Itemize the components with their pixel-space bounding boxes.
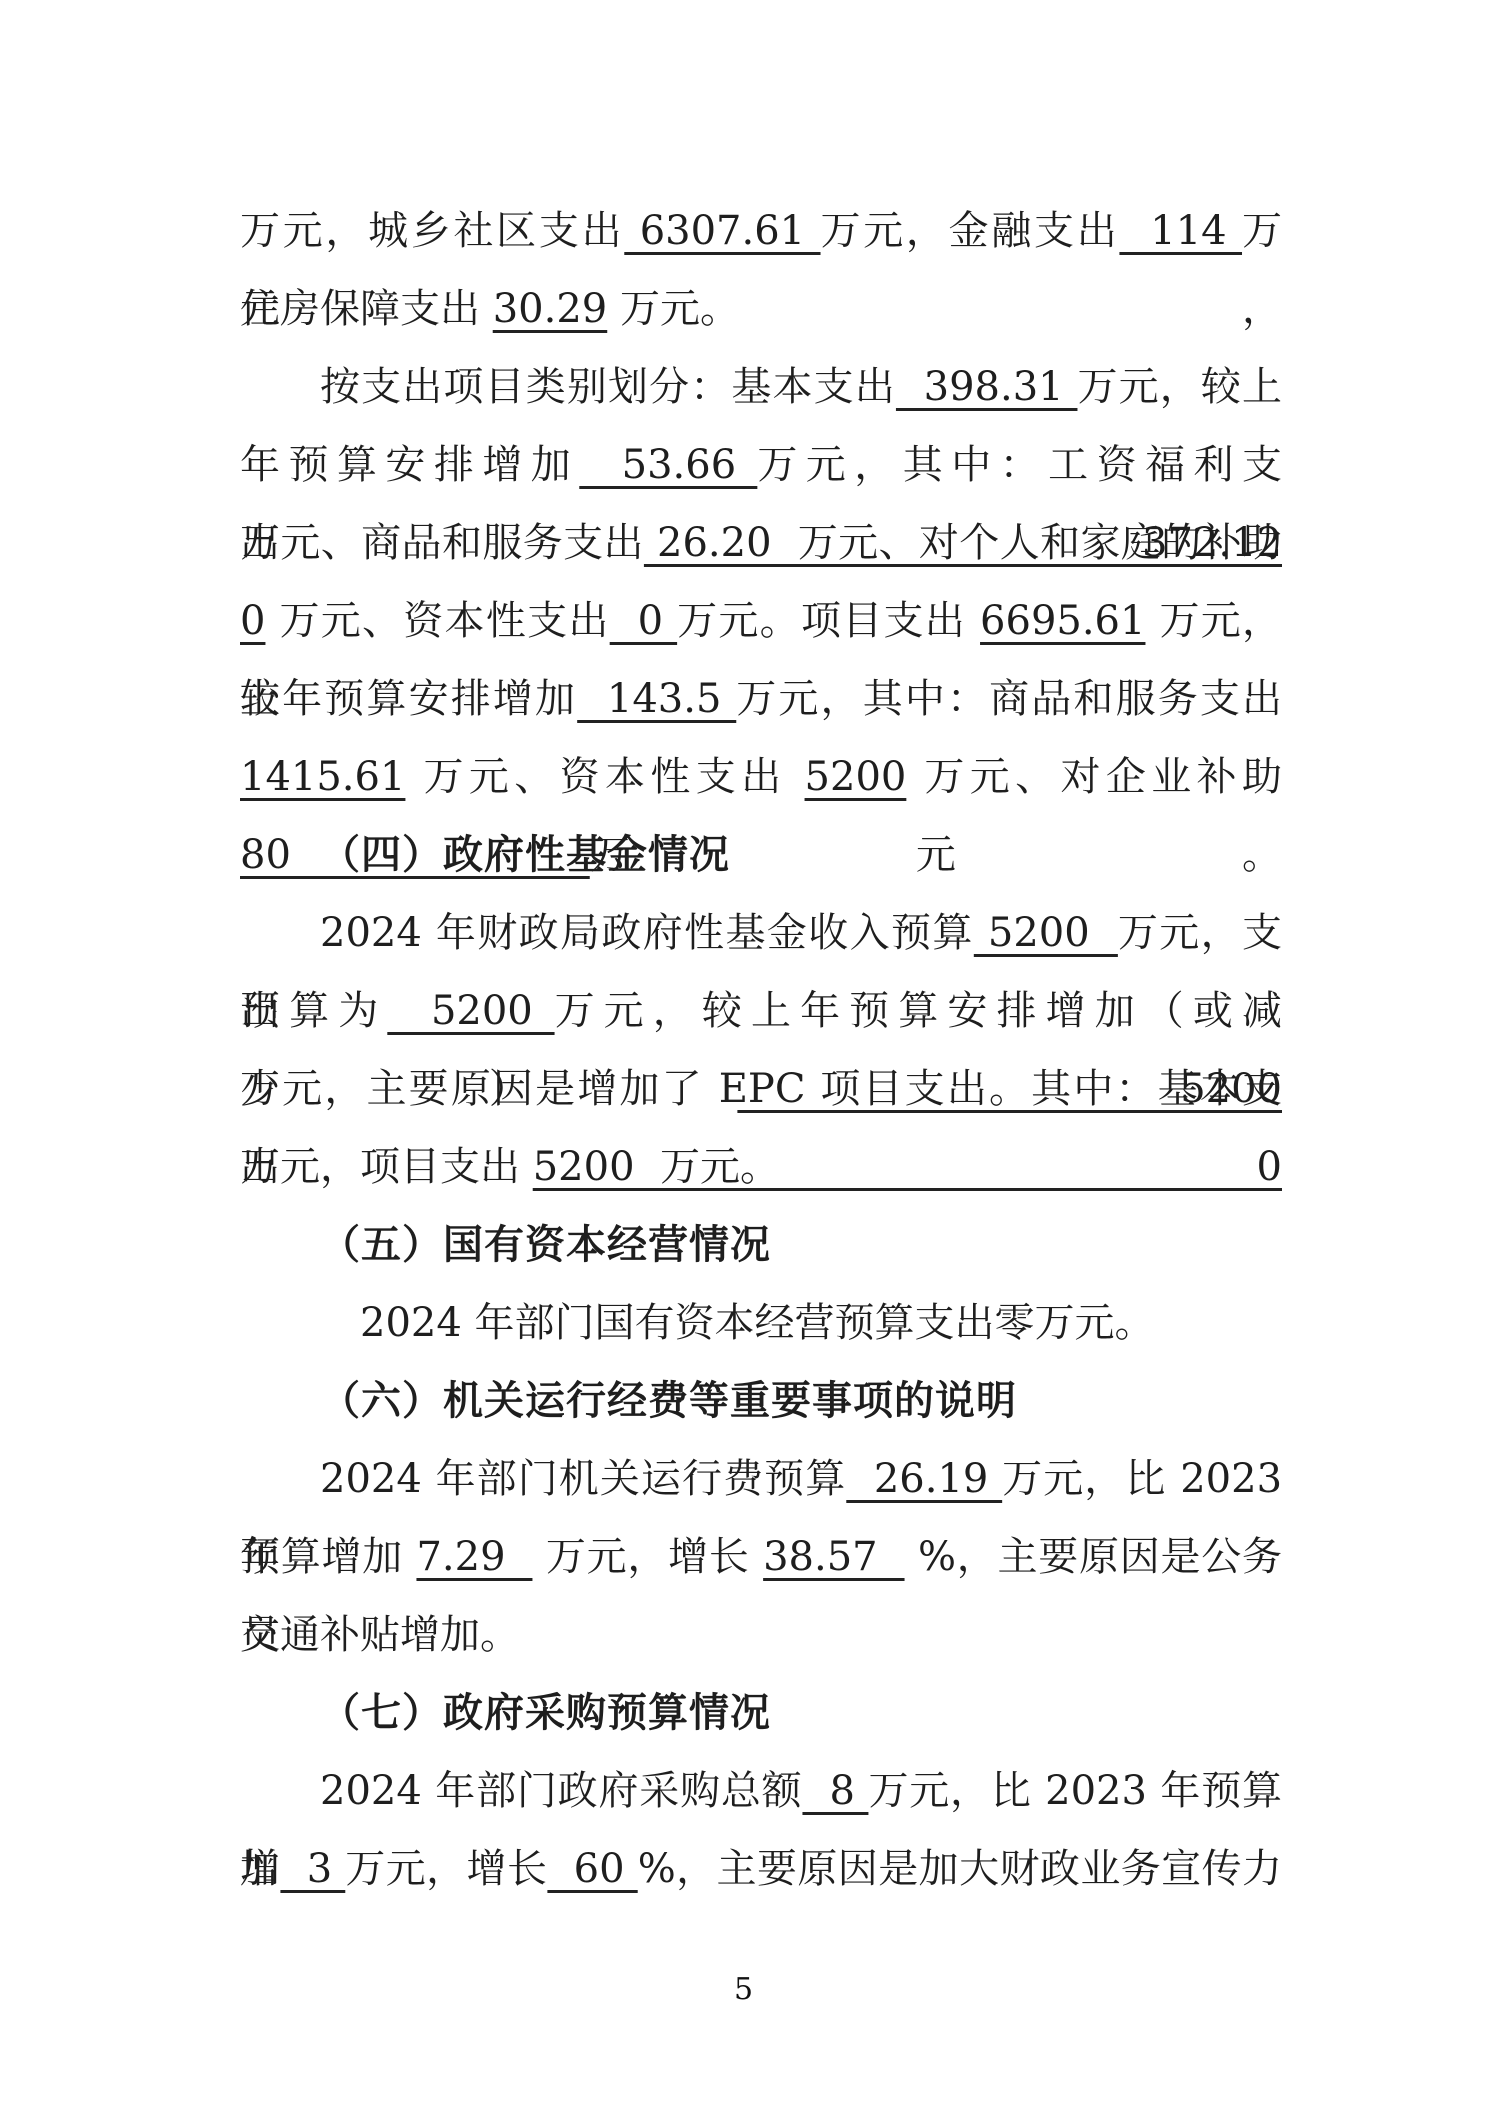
text-line: 万元、商品和服务支出 26.20 万元、对个人和家庭的补助 [240,504,1282,582]
text-line: 2024 年部门机关运行费预算 26.19 万元，比 2023 年 [240,1440,1282,1518]
text-segment: （五）国有资本经营情况 [320,1221,771,1268]
text-segment: 万元、资本性支出 [265,598,609,644]
text-segment: 万元。 [607,286,740,332]
text-segment: %，主要原因是加大财政业务宣传力 [638,1846,1282,1892]
underlined-value: 1415.61 [240,754,405,800]
text-segment: 万元，项目支出 [240,1144,533,1190]
text-segment: （七）政府采购预算情况 [320,1689,771,1736]
text-segment: 2024 年部门机关运行费预算 [320,1456,846,1502]
text-segment: 万元，增长 [532,1534,763,1580]
document-body: 万元，城乡社区支出 6307.61 万元，金融支出 114 万元，住房保障支出 … [240,192,1282,1908]
text-segment: 2024 年财政局政府性基金收入预算 [320,910,974,956]
text-line: 2024 年部门政府采购总额 8 万元，比 2023 年预算增 [240,1752,1282,1830]
text-segment: 2024 年部门政府采购总额 [320,1768,802,1814]
underlined-value: 5200 [805,754,907,800]
text-line: 0 万元、资本性支出 0 万元。项目支出 6695.61 万元，较 [240,582,1282,660]
underlined-value: 7.29 [416,1534,532,1580]
underlined-value: 38.57 [763,1534,904,1580]
text-segment: 万元，城乡社区支出 [240,208,624,254]
section-heading: （五）国有资本经营情况 [240,1206,1282,1284]
underlined-value: 0 [610,598,677,644]
scanned-budget-document-page: 万元，城乡社区支出 6307.61 万元，金融支出 114 万元，住房保障支出 … [0,0,1487,2102]
text-line: 预算为 5200 万元，较上年预算安排增加（或减少） 5200 [240,972,1282,1050]
underlined-value: 26.19 [846,1456,1002,1502]
text-segment: 万元。 [647,1144,780,1190]
underlined-value: 60 [547,1846,637,1892]
text-segment: （六）机关运行经费等重要事项的说明 [320,1377,1017,1424]
text-segment: 万元，金融支出 [821,208,1120,254]
underlined-value: 398.31 [896,364,1078,410]
text-segment: 万元，较上 [1077,364,1282,410]
underlined-value: 53.66 [579,442,757,488]
underlined-value: 6695.61 [980,598,1145,644]
text-segment: 万元、商品和服务支出 [240,520,644,566]
text-line: 按支出项目类别划分：基本支出 398.31 万元，较上 [240,348,1282,426]
underlined-value: 5200 [387,988,554,1034]
text-segment: 万元、对个人和家庭的补助 [798,520,1282,566]
underlined-value: 6307.61 [624,208,820,254]
text-line: 万元，主要原因是增加了 EPC 项目支出。其中：基本支出 0 [240,1050,1282,1128]
text-line: 预算增加 7.29 万元，增长 38.57 %，主要原因是公务员 [240,1518,1282,1596]
text-segment: 万元，增长 [345,1846,547,1892]
text-segment: 预算为 [240,988,387,1034]
underlined-value: 3 [280,1846,345,1892]
text-line: 万元，城乡社区支出 6307.61 万元，金融支出 114 万元， [240,192,1282,270]
underlined-value: 5200 [533,1144,648,1190]
page-number: 5 [0,1972,1487,2007]
text-segment: 住房保障支出 [240,286,493,332]
text-line: 加 3 万元，增长 60 %，主要原因是加大财政业务宣传力 [240,1830,1282,1908]
underlined-value: 5200 [974,910,1118,956]
text-segment: 上年预算安排增加 [240,676,577,722]
text-segment: 交通补贴增加。 [240,1612,520,1658]
text-line: 交通补贴增加。 [240,1596,1282,1674]
section-heading: （六）机关运行经费等重要事项的说明 [240,1362,1282,1440]
text-segment: 万元、对企业补助 [906,754,1282,800]
text-segment: 2024 年部门国有资本经营预算支出零万元。 [360,1300,1155,1346]
underlined-value: 114 [1119,208,1242,254]
text-line: 年预算安排增加 53.66 万元，其中：工资福利支出 372.12 [240,426,1282,504]
text-segment: 万元。项目支出 [677,598,980,644]
text-segment: 按支出项目类别划分：基本支出 [320,364,896,410]
text-segment: 万元，其中：商品和服务支出 [736,676,1282,722]
underlined-value: 30.29 [493,286,608,332]
text-segment: 万元、资本性支出 [405,754,804,800]
section-heading: （七）政府采购预算情况 [240,1674,1282,1752]
text-line: 上年预算安排增加 143.5 万元，其中：商品和服务支出 [240,660,1282,738]
text-segment: 加 [240,1846,280,1892]
text-segment: 预算增加 [240,1534,416,1580]
underlined-value: 0 [240,598,265,644]
text-line: 2024 年部门国有资本经营预算支出零万元。 [240,1284,1282,1362]
underlined-value: 26.20 [644,520,798,566]
text-line: 1415.61 万元、资本性支出 5200 万元、对企业补助 80 万元。 [240,738,1282,816]
underlined-value: 8 [802,1768,868,1814]
text-segment: （四）政府性基金情况 [320,831,730,878]
underlined-value: 143.5 [577,676,736,722]
text-line: 2024 年财政局政府性基金收入预算 5200 万元，支出 [240,894,1282,972]
text-segment: 年预算安排增加 [240,442,579,488]
